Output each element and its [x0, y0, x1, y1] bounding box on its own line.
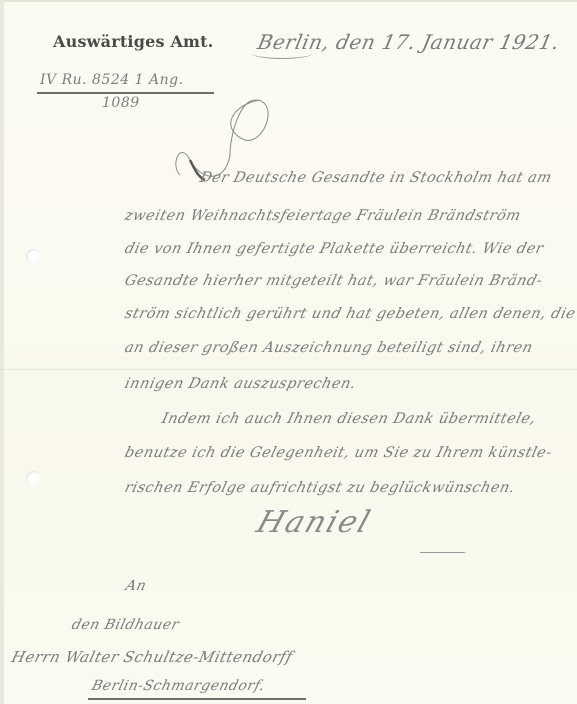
dateline-flourish — [252, 48, 312, 59]
reference-number: IV Ru. 8524 1 Ang. — [40, 72, 184, 88]
body-line-4: Gesandte hierher mitgeteilt hat, war Frä… — [123, 273, 544, 289]
punch-hole-bottom — [26, 471, 40, 485]
body-line-3: die von Ihnen gefertigte Plakette überre… — [123, 241, 545, 257]
body-line-2: zweiten Weihnachtsfeiertage Fräulein Brä… — [123, 208, 522, 224]
address-salutation: An — [124, 578, 148, 594]
page-top-edge — [0, 0, 577, 2]
letterhead: Auswärtiges Amt. — [53, 32, 214, 51]
reference-underline — [37, 92, 214, 94]
body-line-9: benutze ich die Gelegenheit, um Sie zu I… — [123, 445, 554, 461]
reference-subnumber: 1089 — [102, 95, 140, 111]
address-underline — [88, 698, 306, 700]
address-title: den Bildhauer — [70, 617, 181, 633]
body-line-8: Indem ich auch Ihnen diesen Dank übermit… — [160, 411, 538, 427]
punch-hole-top — [26, 249, 40, 263]
address-name: Herrn Walter Schultze-Mittendorff — [10, 648, 295, 666]
address-city: Berlin-Schmargendorf. — [90, 678, 267, 694]
body-line-10: rischen Erfolge aufrichtigst zu beglückw… — [123, 480, 517, 496]
body-line-5: ström sichtlich gerührt und hat gebeten,… — [123, 306, 577, 322]
body-line-7: innigen Dank auszusprechen. — [123, 376, 358, 392]
signature: Haniel — [252, 505, 376, 540]
page-left-edge — [0, 0, 4, 704]
paper-fold-line — [0, 369, 577, 370]
signature-tail — [420, 552, 465, 553]
body-line-1: Der Deutsche Gesandte in Stockholm hat a… — [198, 170, 553, 186]
body-line-6: an dieser großen Auszeichnung beteiligt … — [123, 340, 534, 356]
letter-page: Auswärtiges Amt. IV Ru. 8524 1 Ang. 1089… — [0, 0, 577, 704]
